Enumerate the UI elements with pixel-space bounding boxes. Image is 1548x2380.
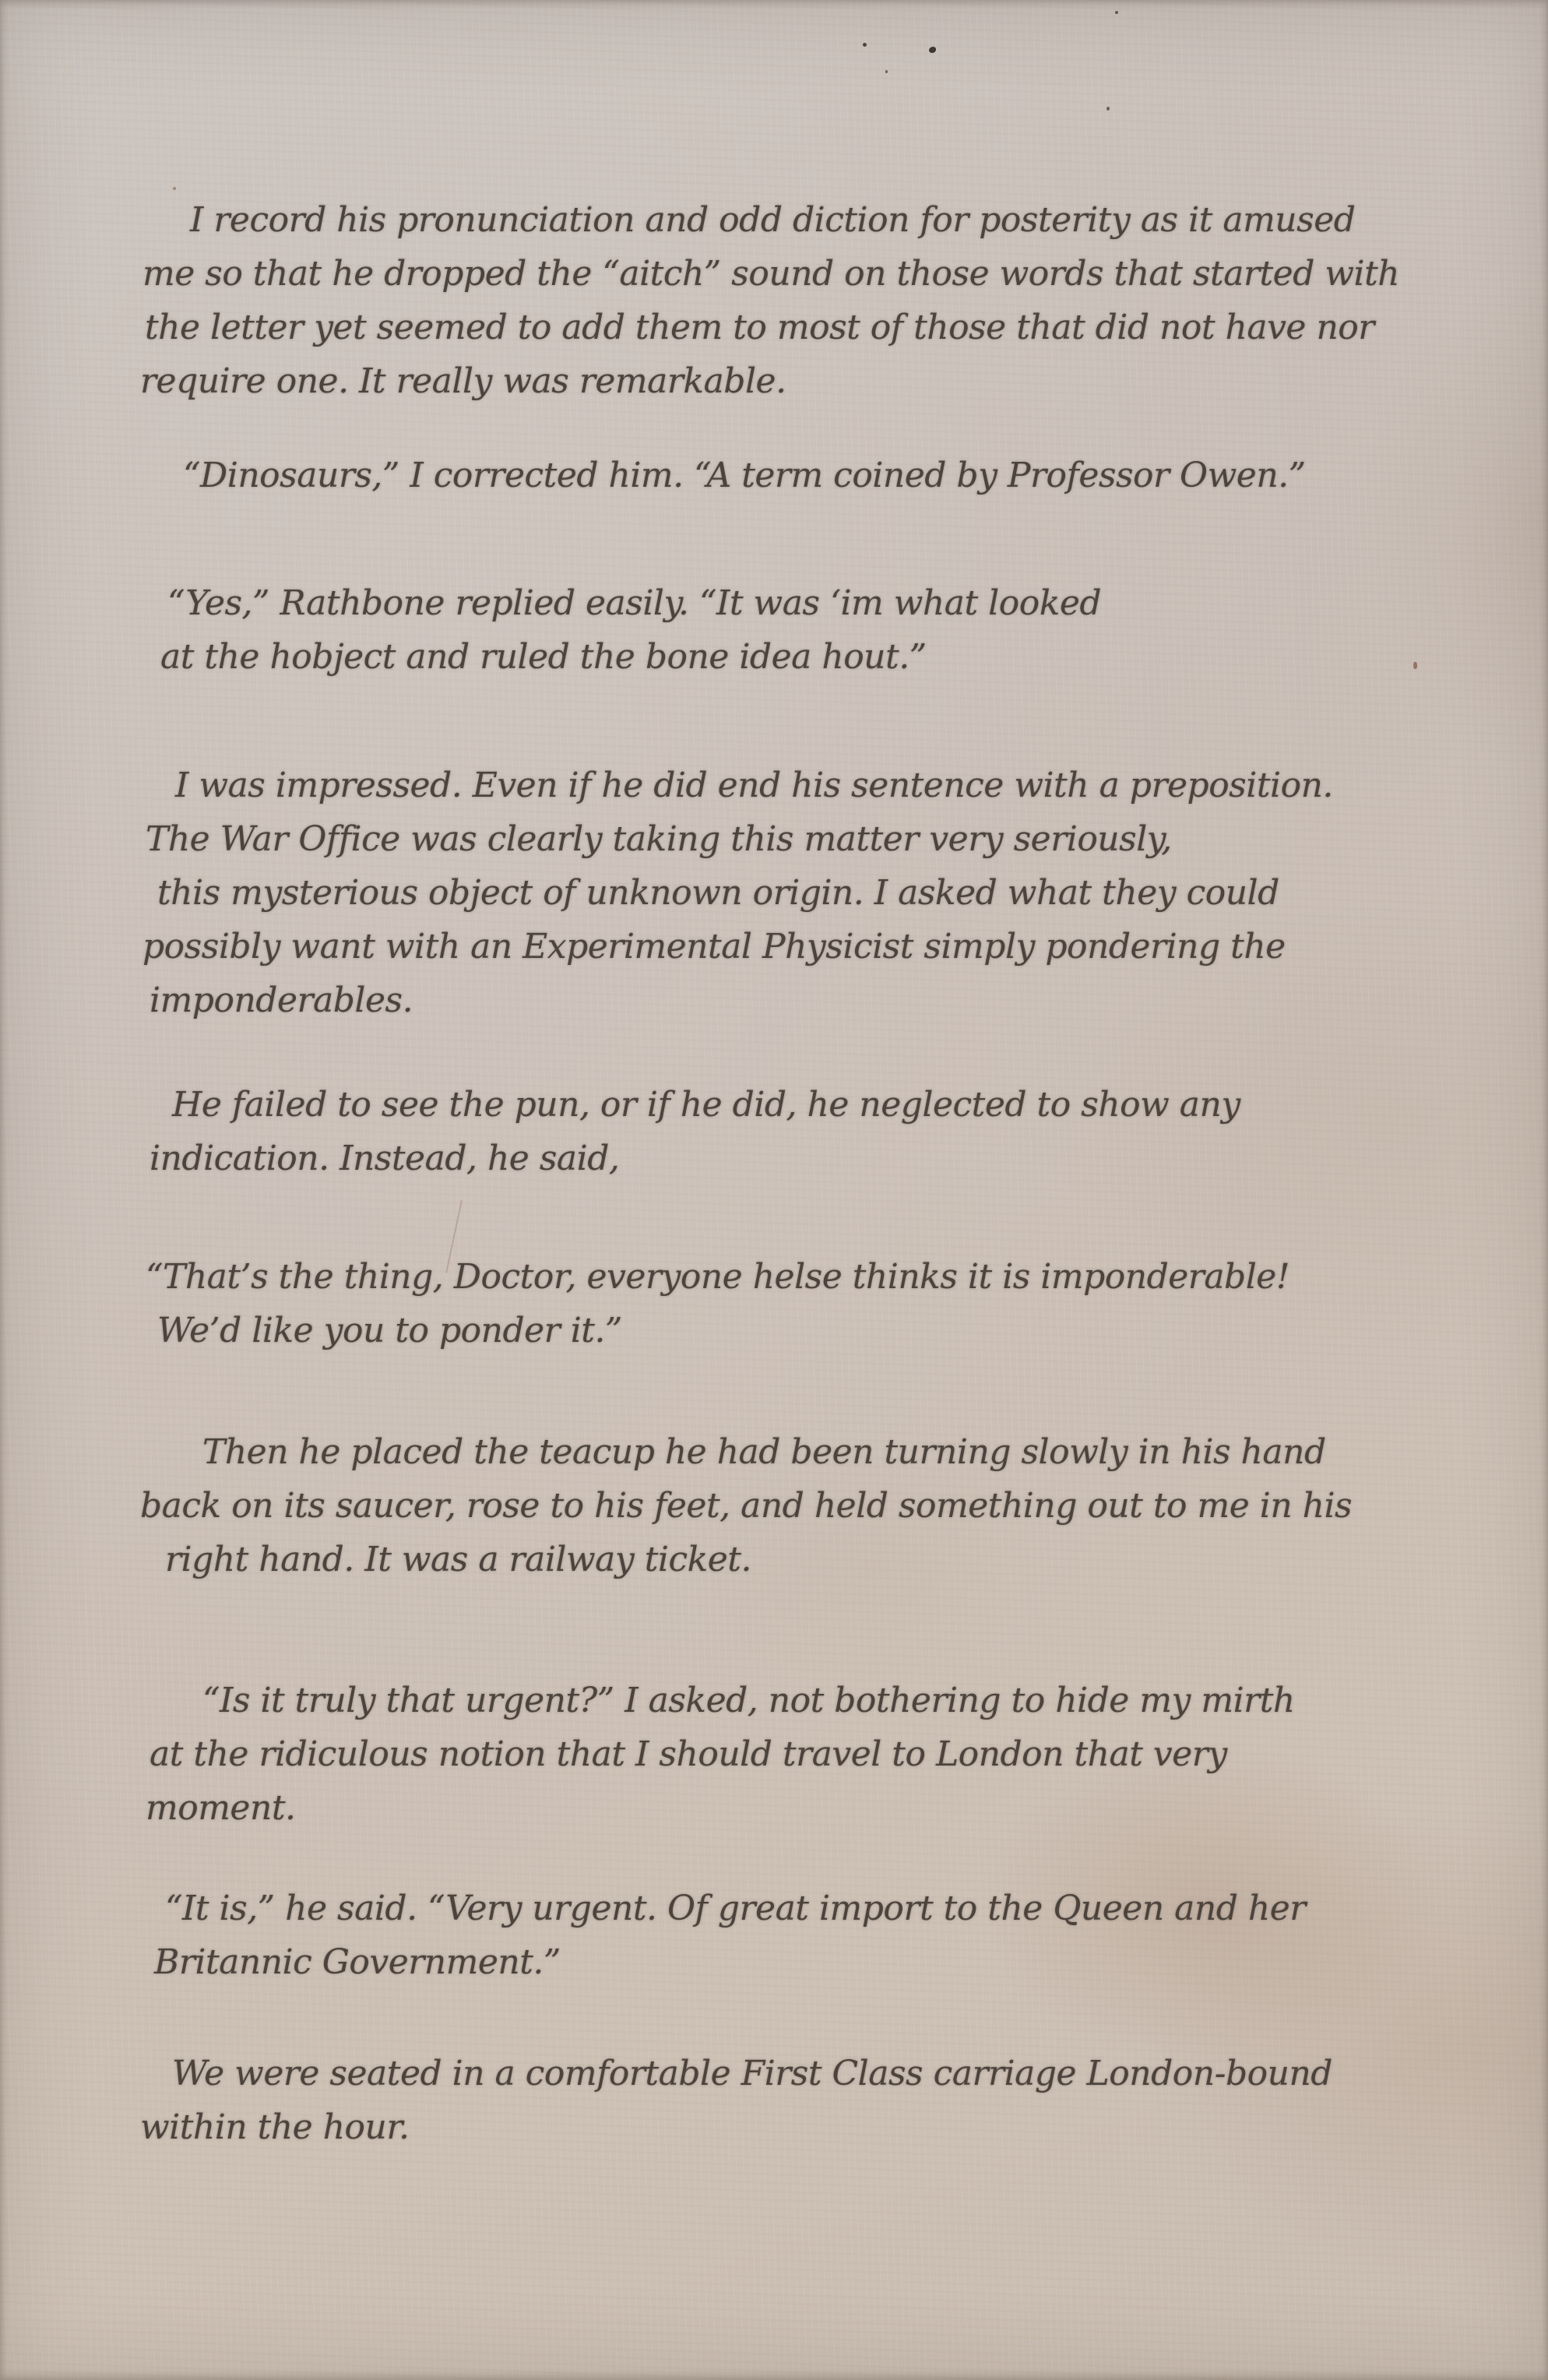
paragraph: “It is,” he said. “Very urgent. Of great…	[140, 1882, 1399, 1989]
text-line: Britannic Government.”	[154, 1935, 1399, 1989]
paragraph: Then he placed the teacup he had been tu…	[140, 1425, 1399, 1586]
text-line: “That’s the thing, Doctor, everyone hels…	[146, 1250, 1399, 1304]
text-line: imponderables.	[150, 973, 1399, 1027]
paragraph: He failed to see the pun, or if he did, …	[140, 1078, 1399, 1185]
paragraph: “Is it truly that urgent?” I asked, not …	[140, 1674, 1399, 1835]
text-line: I record his pronunciation and odd dicti…	[190, 193, 1399, 247]
text-line: The War Office was clearly taking this m…	[146, 812, 1399, 866]
text-line: indication. Instead, he said,	[150, 1132, 1399, 1185]
text-line: “Yes,” Rathbone replied easily. “It was …	[167, 576, 1399, 630]
paragraph: I record his pronunciation and odd dicti…	[140, 193, 1399, 408]
text-line: at the ridiculous notion that I should t…	[150, 1727, 1399, 1781]
paragraph: I was impressed. Even if he did end his …	[140, 759, 1399, 1027]
paragraph: “Dinosaurs,” I corrected him. “A term co…	[140, 449, 1399, 502]
text-line: I was impressed. Even if he did end his …	[175, 759, 1399, 812]
text-line: “Dinosaurs,” I corrected him. “A term co…	[183, 449, 1399, 502]
text-line: He failed to see the pun, or if he did, …	[172, 1078, 1399, 1132]
text-line: We’d like you to ponder it.”	[157, 1304, 1399, 1357]
text-line: “It is,” he said. “Very urgent. Of great…	[165, 1882, 1399, 1935]
paragraph: “That’s the thing, Doctor, everyone hels…	[140, 1250, 1399, 1357]
text-line: “Is it truly that urgent?” I asked, not …	[202, 1674, 1399, 1727]
text-line: require one. It really was remarkable.	[140, 354, 1399, 408]
text-line: this mysterious object of unknown origin…	[157, 866, 1399, 920]
ink-speck	[1413, 662, 1417, 669]
text-line: Then he placed the teacup he had been tu…	[202, 1425, 1399, 1479]
manuscript-text: I record his pronunciation and odd dicti…	[140, 0, 1399, 2154]
text-line: moment.	[146, 1781, 1399, 1835]
text-line: me so that he dropped the “aitch” sound …	[142, 247, 1399, 301]
text-line: back on its saucer, rose to his feet, an…	[140, 1479, 1399, 1533]
text-line: right hand. It was a railway ticket.	[165, 1533, 1399, 1586]
paragraph: We were seated in a comfortable First Cl…	[140, 2047, 1399, 2154]
paragraph: “Yes,” Rathbone replied easily. “It was …	[140, 576, 1399, 684]
text-line: within the hour.	[140, 2100, 1399, 2154]
text-line: at the hobject and ruled the bone idea h…	[160, 630, 1399, 684]
text-line: We were seated in a comfortable First Cl…	[172, 2047, 1399, 2100]
text-line: possibly want with an Experimental Physi…	[142, 920, 1399, 973]
manuscript-page: I record his pronunciation and odd dicti…	[0, 0, 1548, 2380]
text-line: the letter yet seemed to add them to mos…	[145, 301, 1399, 354]
